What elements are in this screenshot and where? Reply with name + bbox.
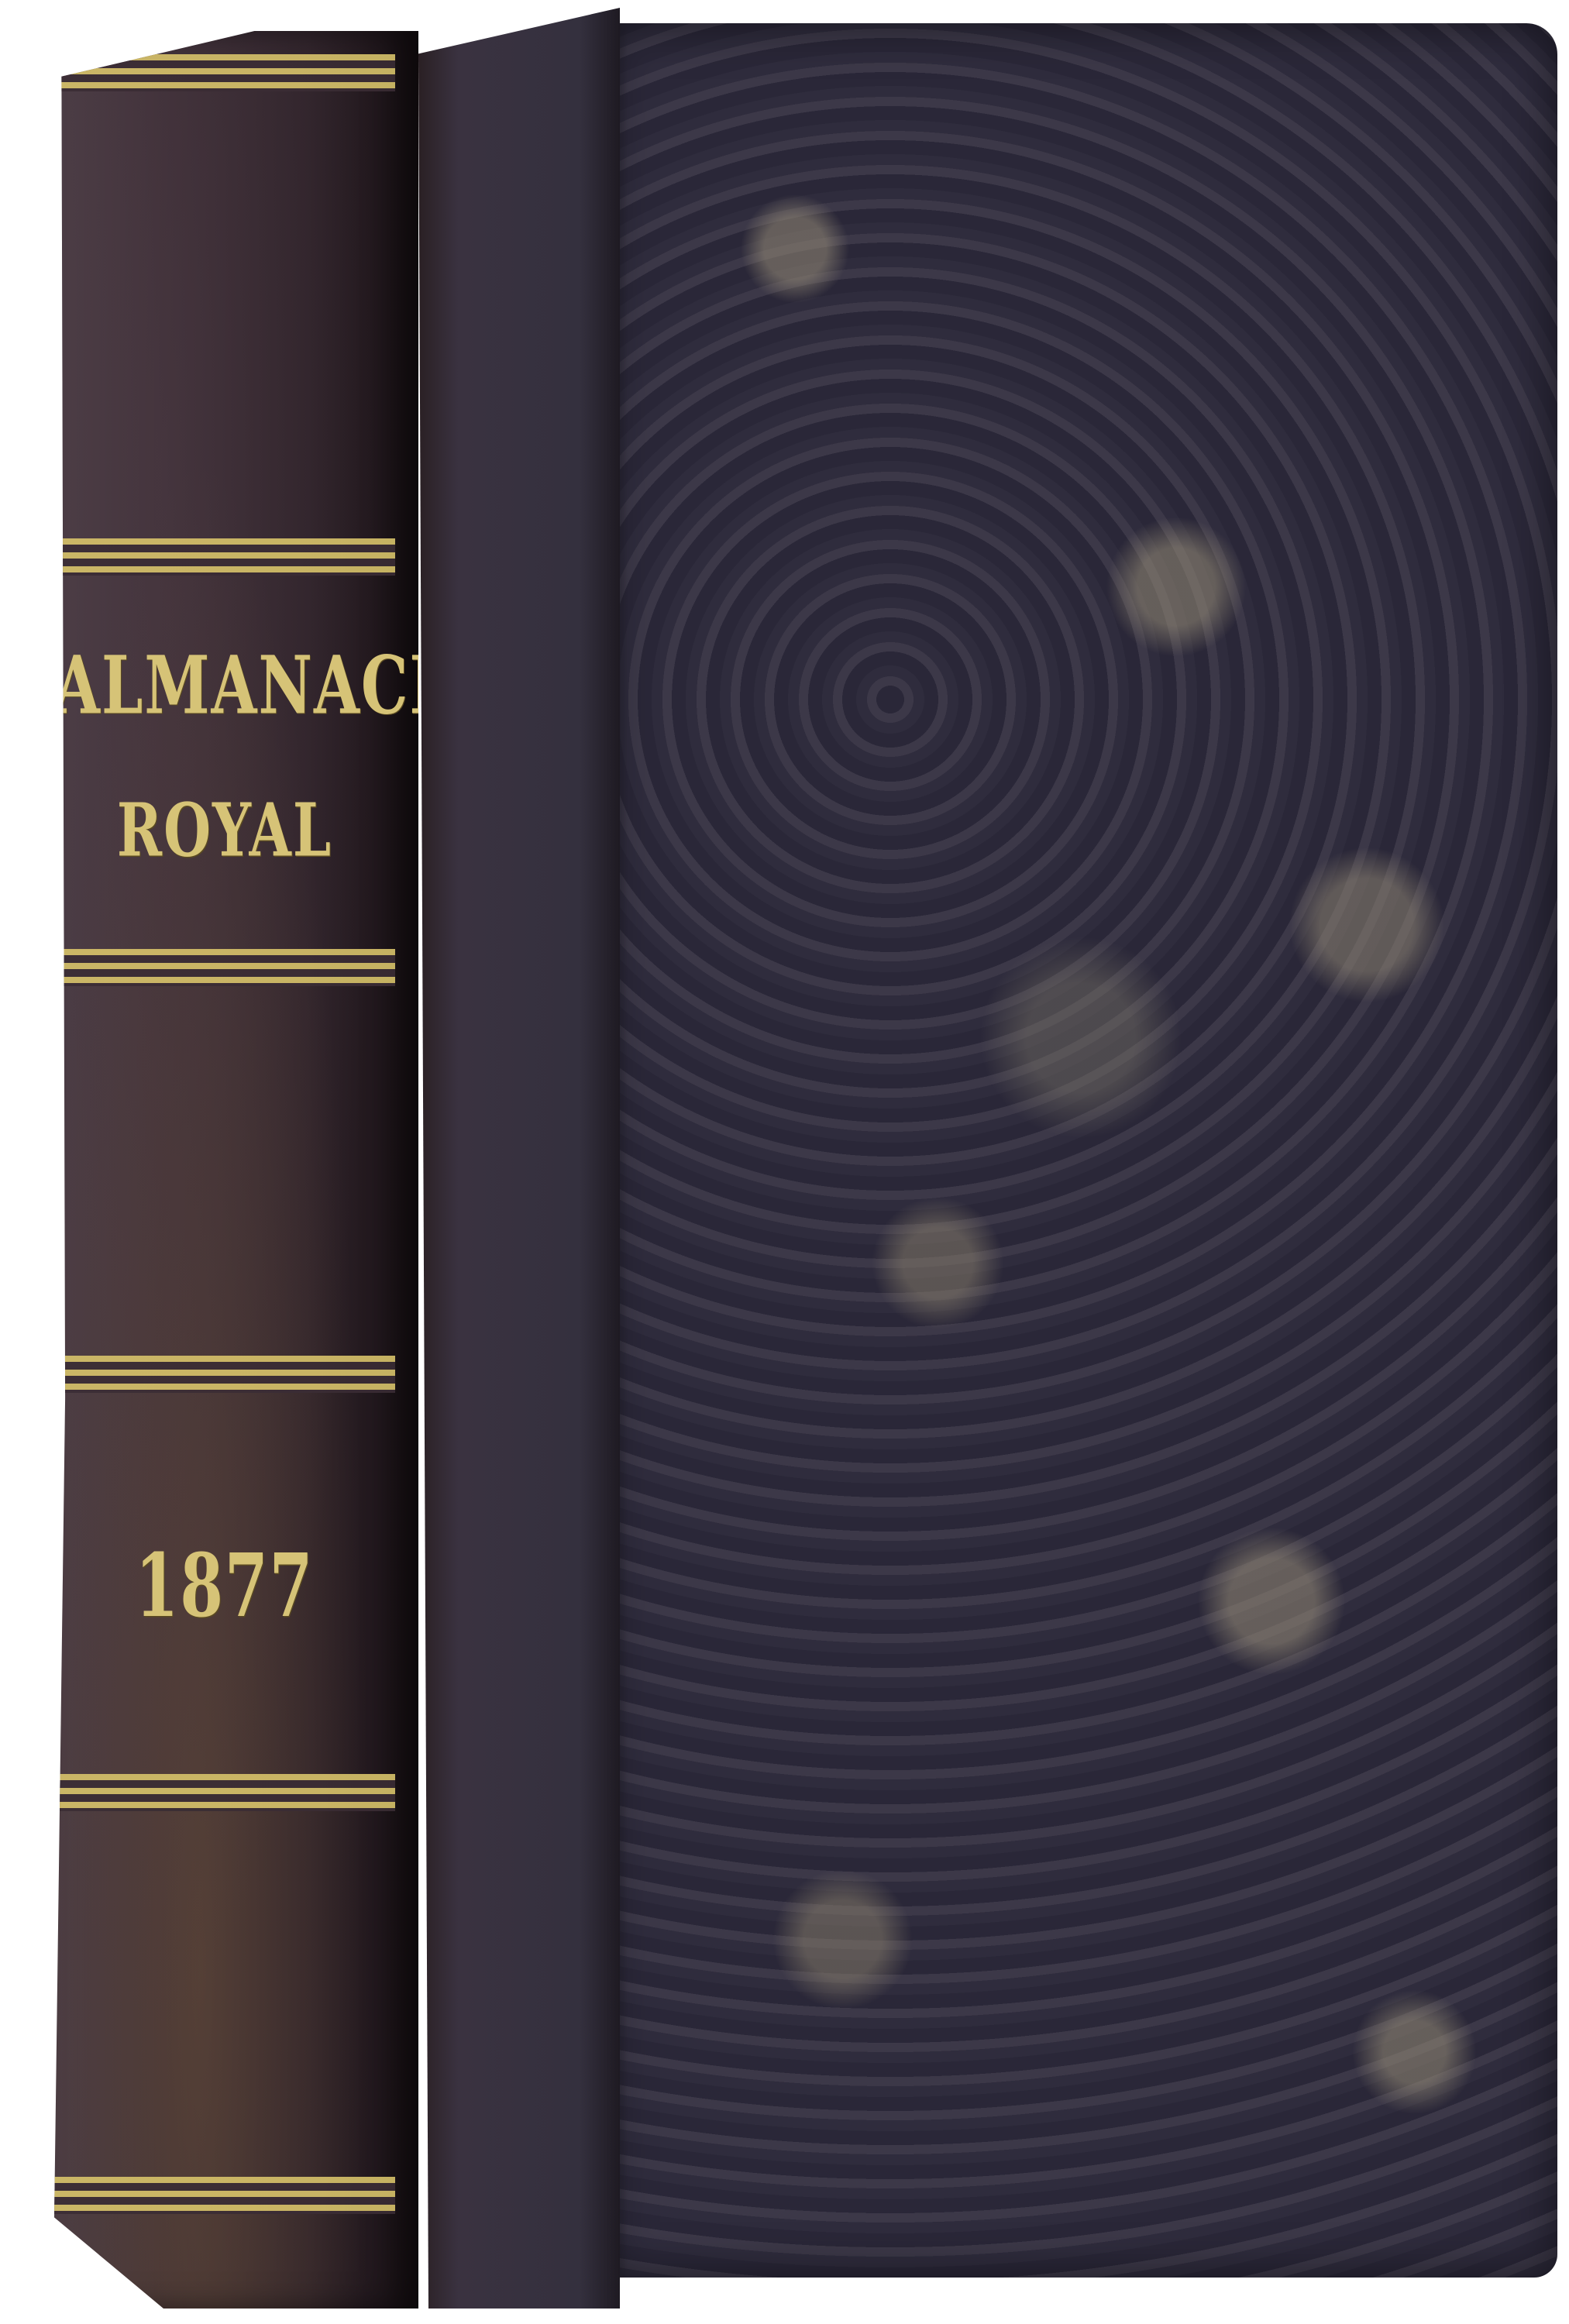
marbled-front-cover [604, 23, 1557, 2278]
gilt-band-4 [54, 1356, 395, 1393]
gilt-band-1 [54, 54, 395, 91]
gilt-band-2 [54, 538, 395, 576]
book-spine: ALMANACH ROYAL 1877 [54, 31, 418, 2309]
gilt-band-5 [54, 1774, 395, 1811]
spine-title-royal: ROYAL [54, 786, 395, 873]
gilt-band-6 [54, 2177, 395, 2214]
leather-hinge-strip [418, 8, 620, 2309]
spine-title-almanach: ALMANACH [54, 638, 395, 731]
gilt-band-3 [54, 949, 395, 986]
book-photo: ALMANACH ROYAL 1877 [0, 0, 1569, 2324]
spine-year: 1877 [54, 1535, 395, 1637]
